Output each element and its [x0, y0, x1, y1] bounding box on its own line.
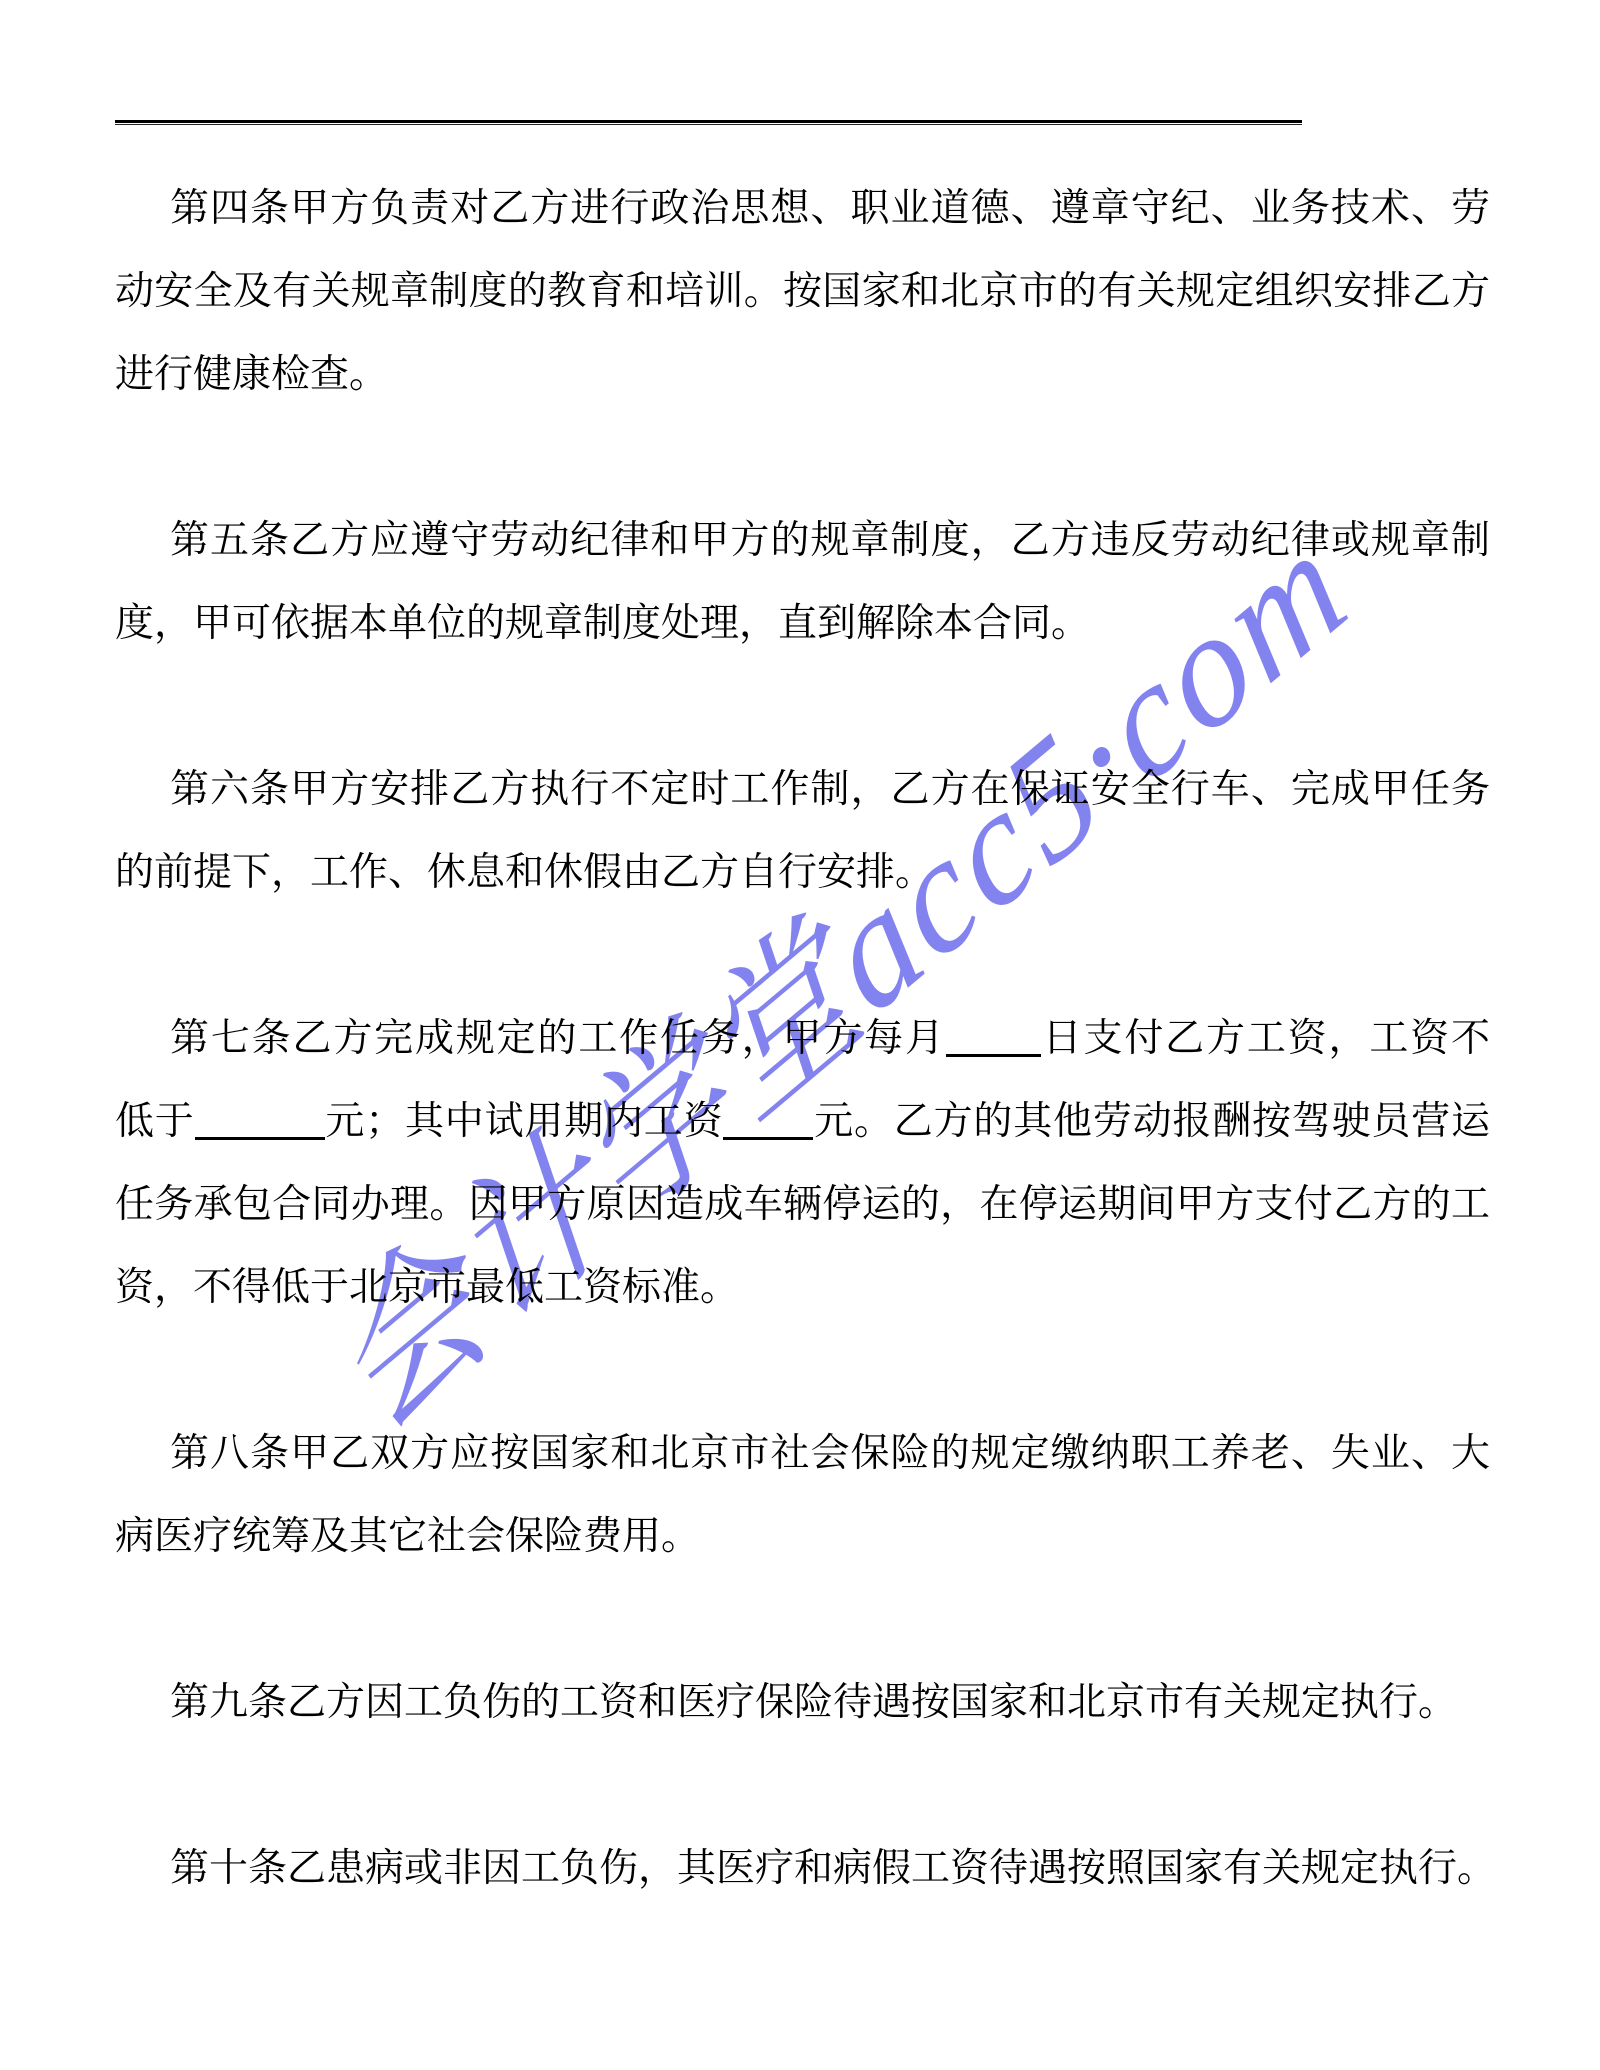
text-line: 病医疗统筹及其它社会保险费用。	[115, 1495, 1490, 1578]
article-5-paragraph: 第五条乙方应遵守劳动纪律和甲方的规章制度，乙方违反劳动纪律或规章制 度，甲可依据…	[115, 499, 1490, 665]
text-line: 任务承包合同办理。因甲方原因造成车辆停运的，在停运期间甲方支付乙方的工	[115, 1163, 1490, 1246]
text-segment: 元。乙方的其他劳动报酬按驾驶员营运	[813, 1100, 1490, 1143]
text-line: 第五条乙方应遵守劳动纪律和甲方的规章制度，乙方违反劳动纪律或规章制	[115, 499, 1490, 582]
text-line: 第九条乙方因工负伤的工资和医疗保险待遇按国家和北京市有关规定执行。	[115, 1661, 1490, 1744]
text-segment: 低于	[115, 1100, 195, 1143]
text-line: 第七条乙方完成规定的工作任务，甲方每月日支付乙方工资，工资不	[115, 997, 1490, 1080]
article-7-paragraph: 第七条乙方完成规定的工作任务，甲方每月日支付乙方工资，工资不 低于元；其中试用期…	[115, 997, 1490, 1329]
text-segment: 第七条乙方完成规定的工作任务，甲方每月	[170, 1017, 946, 1060]
article-6-paragraph: 第六条甲方安排乙方执行不定时工作制，乙方在保证安全行车、完成甲任务 的前提下，工…	[115, 748, 1490, 914]
text-segment: 元；其中试用期内工资	[325, 1100, 724, 1143]
document-body: 第四条甲方负责对乙方进行政治思想、职业道德、遵章守纪、业务技术、劳 动安全及有关…	[115, 167, 1490, 1993]
text-line: 资，不得低于北京市最低工资标准。	[115, 1246, 1490, 1329]
text-line: 第四条甲方负责对乙方进行政治思想、职业道德、遵章守纪、业务技术、劳	[115, 167, 1490, 250]
article-10-paragraph: 第十条乙患病或非因工负伤，其医疗和病假工资待遇按照国家有关规定执行。	[115, 1827, 1490, 1910]
fill-in-blank-underline	[195, 1137, 325, 1140]
text-line: 的前提下，工作、休息和休假由乙方自行安排。	[115, 831, 1490, 914]
text-line: 第六条甲方安排乙方执行不定时工作制，乙方在保证安全行车、完成甲任务	[115, 748, 1490, 831]
header-rule	[115, 120, 1302, 125]
header-rule-thin-line	[115, 124, 1302, 125]
text-line: 进行健康检查。	[115, 333, 1490, 416]
fill-in-blank-underline	[946, 1054, 1041, 1057]
text-line: 低于元；其中试用期内工资元。乙方的其他劳动报酬按驾驶员营运	[115, 1080, 1490, 1163]
contract-document-page: 会计学堂acc5·com 第四条甲方负责对乙方进行政治思想、职业道德、遵章守纪、…	[0, 0, 1600, 2070]
text-line: 度，甲可依据本单位的规章制度处理，直到解除本合同。	[115, 582, 1490, 665]
article-9-paragraph: 第九条乙方因工负伤的工资和医疗保险待遇按国家和北京市有关规定执行。	[115, 1661, 1490, 1744]
article-8-paragraph: 第八条甲乙双方应按国家和北京市社会保险的规定缴纳职工养老、失业、大 病医疗统筹及…	[115, 1412, 1490, 1578]
fill-in-blank-underline	[723, 1137, 813, 1140]
text-line: 动安全及有关规章制度的教育和培训。按国家和北京市的有关规定组织安排乙方	[115, 250, 1490, 333]
text-segment: 日支付乙方工资，工资不	[1041, 1017, 1490, 1060]
text-line: 第十条乙患病或非因工负伤，其医疗和病假工资待遇按照国家有关规定执行。	[115, 1827, 1490, 1910]
text-line: 第八条甲乙双方应按国家和北京市社会保险的规定缴纳职工养老、失业、大	[115, 1412, 1490, 1495]
article-4-paragraph: 第四条甲方负责对乙方进行政治思想、职业道德、遵章守纪、业务技术、劳 动安全及有关…	[115, 167, 1490, 416]
